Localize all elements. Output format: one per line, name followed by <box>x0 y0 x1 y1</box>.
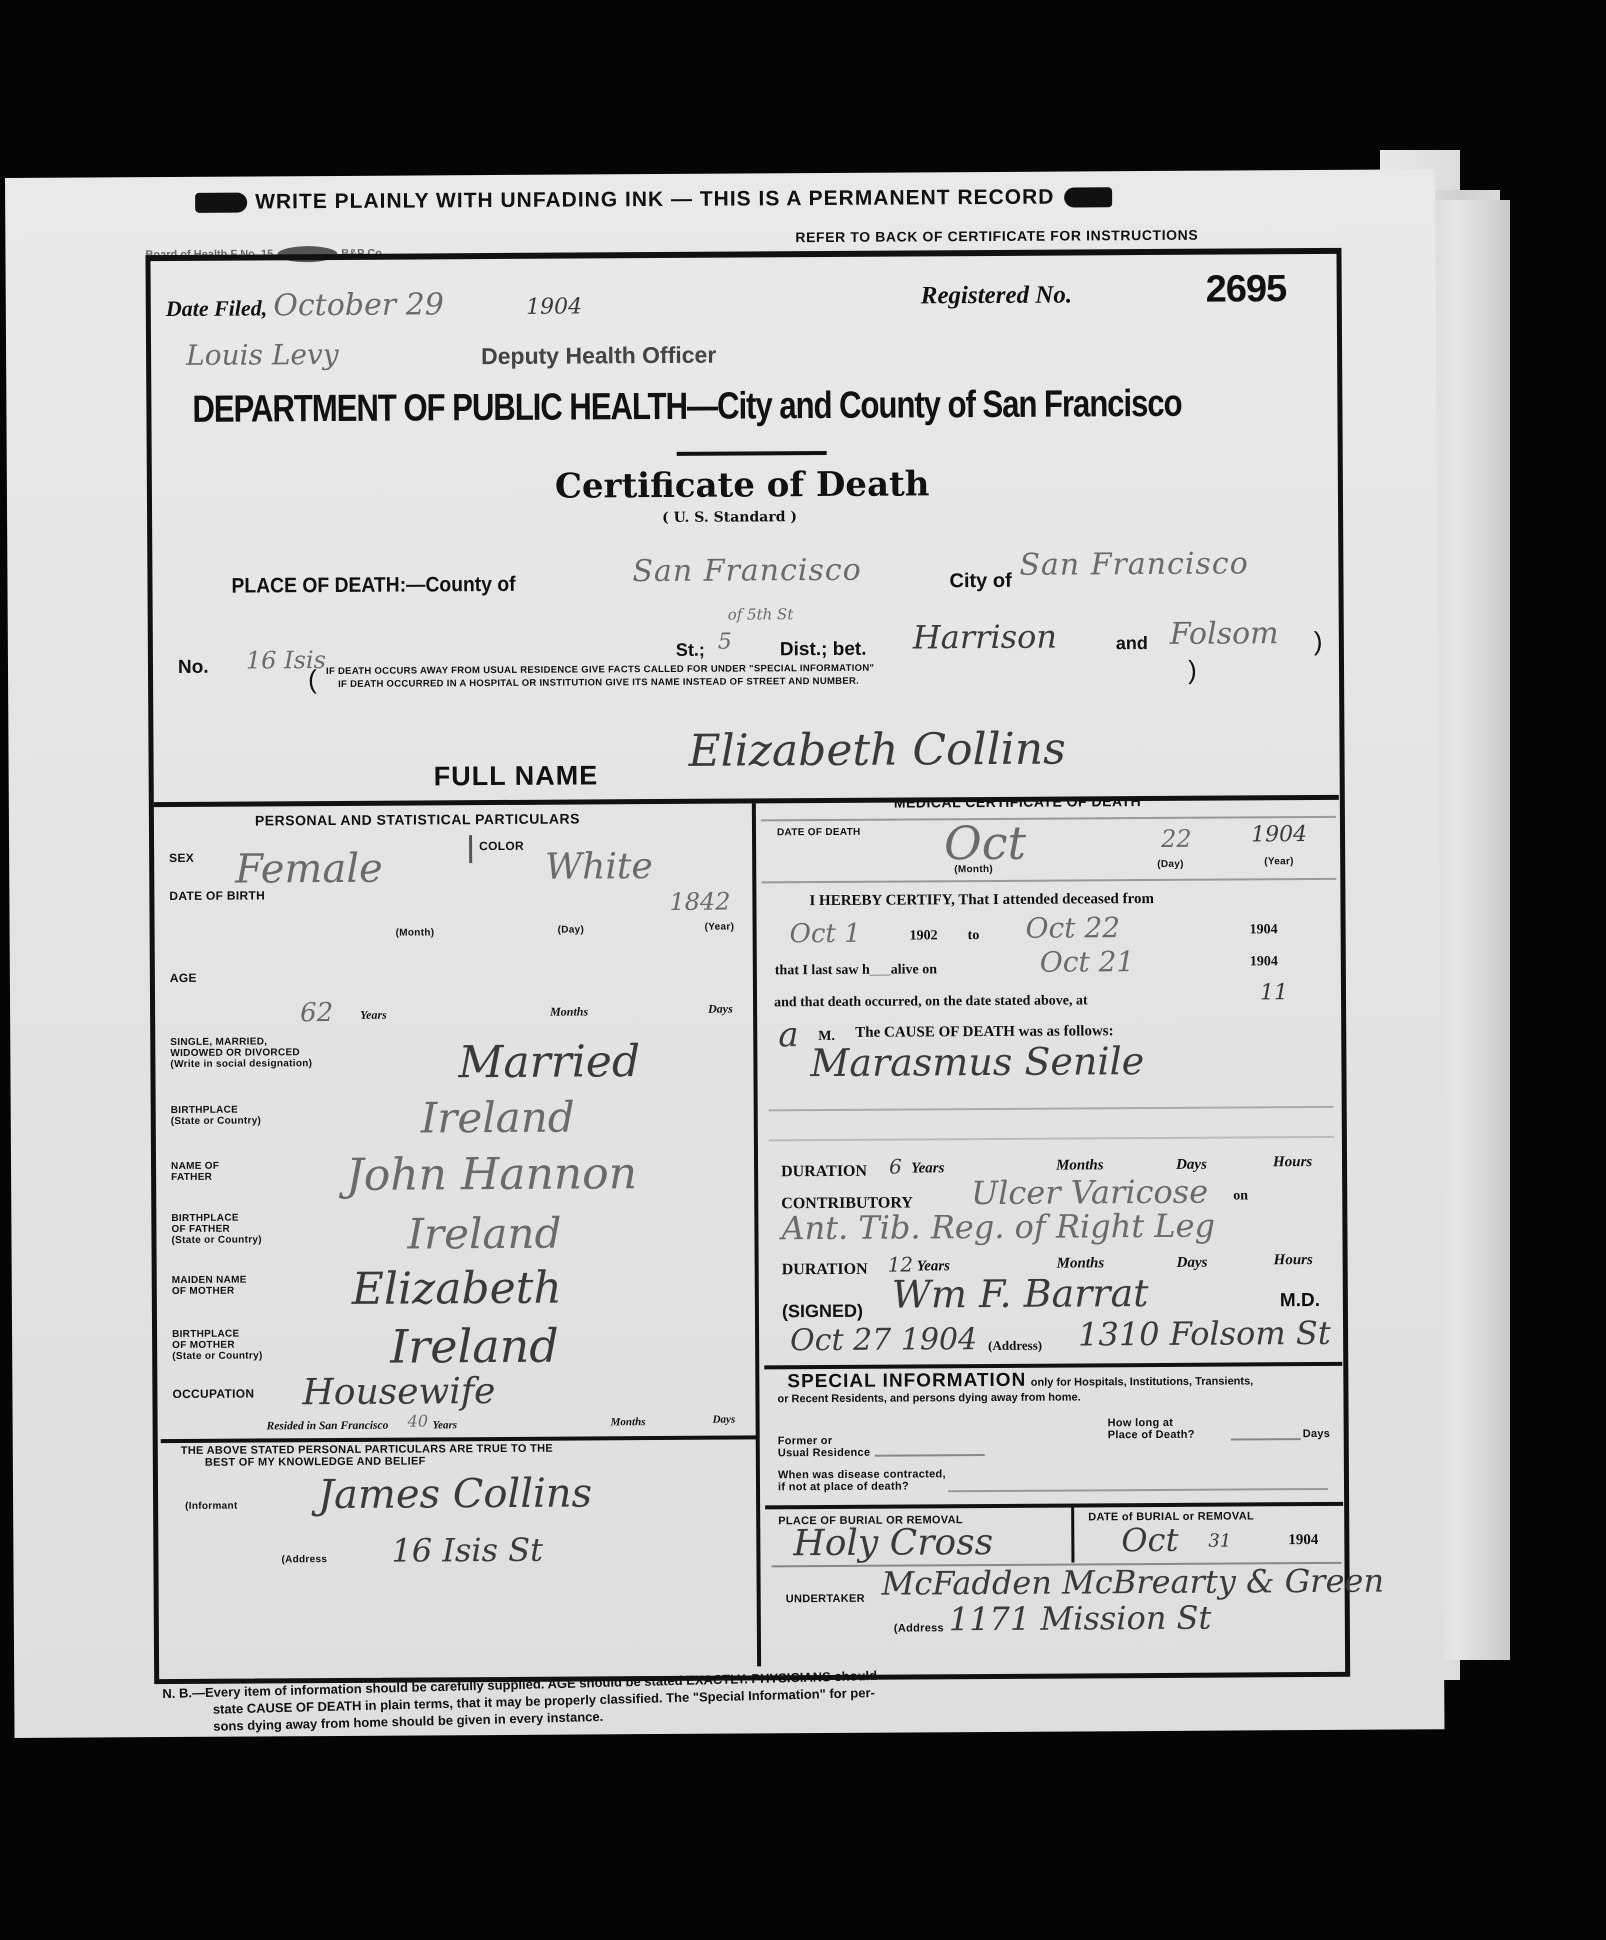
duration-years-label: Years <box>911 1160 944 1177</box>
last-saw-value: Oct 21 <box>1040 945 1135 979</box>
resided-months-label: Months <box>611 1416 646 1428</box>
resided-years-label: Years <box>433 1419 458 1431</box>
dod-year-value: 1904 <box>1251 822 1307 847</box>
dod-day-value: 22 <box>1161 825 1192 853</box>
how-long-days-label: Days <box>1303 1428 1331 1440</box>
duration-label: DURATION <box>781 1163 867 1182</box>
hour-value: 11 <box>1260 980 1288 1005</box>
occupation-value: Housewife <box>302 1371 495 1413</box>
signed-value: Wm F. Barrat <box>892 1271 1149 1317</box>
sex-label: SEX <box>169 851 194 865</box>
personal-heading: PERSONAL AND STATISTICAL PARTICULARS <box>255 811 580 829</box>
st-value: 5 <box>718 630 732 655</box>
pointing-hand-icon <box>195 193 247 213</box>
undertaker-label: UNDERTAKER <box>786 1593 865 1605</box>
age-label: AGE <box>170 971 197 985</box>
special-info-subheading: or Recent Residents, and persons dying a… <box>777 1391 1080 1405</box>
dob-month-label: (Month) <box>396 927 435 938</box>
field-divider <box>1071 1507 1074 1562</box>
from-year-value: 1902 <box>910 928 938 944</box>
informant-value: James Collins <box>318 1470 592 1518</box>
mother-birthplace-label: BIRTHPLACE OF MOTHER (State or Country) <box>172 1328 263 1362</box>
dob-year-value: 1842 <box>669 888 730 916</box>
no-label: No. <box>178 657 209 679</box>
between-street-2: Folsom <box>1170 616 1279 652</box>
burial-place-value: Holy Cross <box>793 1522 993 1564</box>
duration-days-label: Days <box>1176 1157 1207 1174</box>
age-years-value: 62 <box>300 998 333 1028</box>
color-value: White <box>545 846 653 888</box>
certify-text: I HEREBY CERTIFY, That I attended deceas… <box>809 891 1154 910</box>
attended-to-value: Oct 22 <box>1026 911 1121 945</box>
and-label: and <box>1116 633 1148 654</box>
attestation-text: THE ABOVE STATED PERSONAL PARTICULARS AR… <box>181 1443 553 1469</box>
dist-between-label: Dist.; bet. <box>780 639 867 662</box>
occurred-text: and that death occurred, on the date sta… <box>774 993 1088 1011</box>
death-certificate-page: WRITE PLAINLY WITH UNFADING INK — THIS I… <box>5 169 1445 1738</box>
contributory-value-2: Ant. Tib. Reg. of Right Leg <box>781 1207 1215 1248</box>
duration-hours-label: Hours <box>1273 1154 1312 1171</box>
dob-label: DATE OF BIRTH <box>169 888 265 903</box>
contrib-duration-label: DURATION <box>782 1261 868 1280</box>
special-info-heading: SPECIAL INFORMATION only for Hospitals, … <box>787 1368 1253 1393</box>
department-title: DEPARTMENT OF PUBLIC HEALTH—City and Cou… <box>192 383 1181 432</box>
registered-number: 2695 <box>1206 268 1287 311</box>
city-value: San Francisco <box>1019 546 1249 582</box>
undertaker-address-value: 1171 Mission St <box>949 1599 1212 1639</box>
former-residence-label: Former or Usual Residence <box>778 1435 871 1460</box>
field-line <box>1231 1438 1301 1440</box>
certificate-title: Certificate of Death <box>555 464 930 506</box>
md-label: M.D. <box>1280 1290 1320 1312</box>
date-filed-year: 1904 <box>526 294 582 319</box>
st-label: St.; <box>676 640 705 661</box>
undertaker-address-label: (Address <box>894 1622 944 1634</box>
last-saw-text: that I last saw h___alive on <box>775 962 937 979</box>
dod-day-label: (Day) <box>1157 859 1184 870</box>
dob-day-label: (Day) <box>558 924 585 935</box>
last-saw-year: 1904 <box>1250 954 1278 970</box>
date-filed-value: October 29 <box>273 287 444 323</box>
age-years-label: Years <box>360 1008 387 1023</box>
place-of-death-label: PLACE OF DEATH:—County of <box>231 573 515 599</box>
contributory-on: on <box>1233 1188 1248 1204</box>
paren: ) <box>1314 626 1323 657</box>
informant-address-value: 16 Isis St <box>391 1531 543 1570</box>
medical-heading: MEDICAL CERTIFICATE OF DEATH <box>894 793 1141 811</box>
deputy-title: Deputy Health Officer <box>481 342 716 370</box>
dod-label: DATE OF DEATH <box>777 827 861 839</box>
resided-days-label: Days <box>713 1414 736 1426</box>
city-label: City of <box>949 570 1011 593</box>
signed-label: (SIGNED) <box>782 1301 863 1322</box>
to-label: to <box>968 928 980 944</box>
physician-address-label: (Address) <box>988 1338 1042 1354</box>
burial-date-year: 1904 <box>1288 1532 1318 1549</box>
color-label: COLOR <box>479 839 524 853</box>
sex-value: Female <box>235 846 383 893</box>
county-value: San Francisco <box>632 553 862 589</box>
contrib-duration-days-label: Days <box>1177 1255 1208 1272</box>
full-name-label: FULL NAME <box>434 760 599 792</box>
dod-month-label: (Month) <box>954 864 993 875</box>
disease-contracted-label: When was disease contracted, if not at p… <box>778 1468 946 1493</box>
age-days-label: Days <box>708 1002 733 1017</box>
contrib-duration-hours-label: Hours <box>1274 1252 1313 1269</box>
date-filed: Date Filed, October 29 1904 <box>166 286 583 324</box>
resided-label: Resided in San Francisco <box>267 1420 389 1433</box>
ampm-value: a <box>778 1015 799 1055</box>
street-note: of 5th St <box>728 605 794 623</box>
burial-date-day: 31 <box>1208 1531 1231 1552</box>
burial-date-month: Oct <box>1121 1521 1178 1559</box>
between-street-1: Harrison <box>913 618 1057 657</box>
birthplace-label: BIRTHPLACE (State or Country) <box>171 1104 262 1127</box>
deputy-signature: Louis Levy <box>186 338 339 372</box>
age-months-label: Months <box>550 1004 588 1019</box>
birthplace-value: Ireland <box>421 1093 575 1143</box>
to-year-value: 1904 <box>1250 922 1278 938</box>
marital-label: SINGLE, MARRIED, WIDOWED OR DIVORCED (Wr… <box>170 1036 312 1070</box>
signed-date-value: Oct 27 1904 <box>790 1322 977 1358</box>
father-name-value: John Hannon <box>346 1148 637 1201</box>
physician-address-value: 1310 Folsom St <box>1078 1314 1331 1354</box>
refer-instructions: REFER TO BACK OF CERTIFICATE FOR INSTRUC… <box>795 227 1198 245</box>
registered-label: Registered No. <box>921 281 1073 310</box>
how-long-label: How long at Place of Death? <box>1108 1417 1195 1442</box>
dob-year-label: (Year) <box>705 922 735 933</box>
mother-birthplace-value: Ireland <box>390 1319 559 1374</box>
paren: ) <box>1188 655 1197 686</box>
informant-address-label: (Address <box>281 1554 327 1565</box>
field-divider <box>469 835 472 863</box>
pointing-hand-icon <box>1064 188 1112 208</box>
certificate-frame <box>145 248 1350 1684</box>
dod-year-label: (Year) <box>1264 856 1294 867</box>
undertaker-value: McFadden McBrearty & Green <box>881 1562 1384 1603</box>
duration-years-value: 6 <box>889 1155 902 1179</box>
father-birthplace-value: Ireland <box>407 1209 561 1259</box>
paren: ( <box>308 664 317 695</box>
dod-month-value: Oct <box>944 816 1026 870</box>
mother-name-value: Elizabeth <box>352 1263 562 1315</box>
attended-from-value: Oct 1 <box>790 919 861 949</box>
father-name-label: NAME OF FATHER <box>171 1161 219 1183</box>
contrib-duration-months-label: Months <box>1057 1255 1105 1272</box>
banner: WRITE PLAINLY WITH UNFADING INK — THIS I… <box>195 185 1112 215</box>
occupation-label: OCCUPATION <box>172 1386 254 1401</box>
informant-label: (Informant <box>185 1501 238 1512</box>
duration-months-label: Months <box>1056 1157 1104 1174</box>
full-name-value: Elizabeth Collins <box>688 724 1065 777</box>
cause-value: Marasmus Senile <box>810 1039 1144 1085</box>
certificate-subtitle: ( U. S. Standard ) <box>662 509 797 526</box>
marital-value: Married <box>458 1036 640 1088</box>
father-birthplace-label: BIRTHPLACE OF FATHER (State or Country) <box>171 1212 262 1246</box>
mother-name-label: MAIDEN NAME OF MOTHER <box>172 1275 247 1297</box>
resided-years-value: 40 <box>408 1411 428 1430</box>
